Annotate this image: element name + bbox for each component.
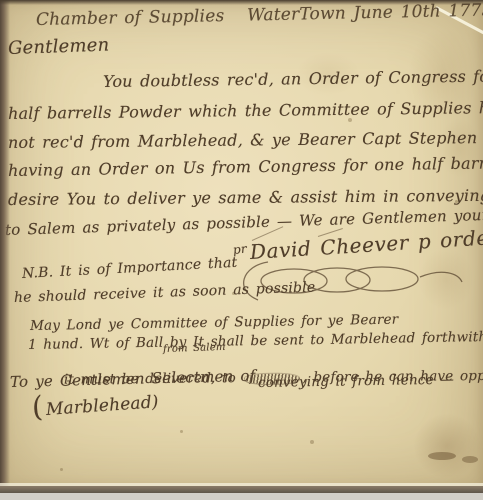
letter-page: Chamber of Supplies WaterTown June 10th …	[0, 0, 483, 490]
stain	[180, 430, 183, 433]
signature: David Cheever p order	[249, 225, 483, 264]
body-line: desire You to deliver ye same & assist h…	[8, 186, 483, 209]
stain	[428, 452, 456, 460]
body-line: half barrells Powder which the Committee…	[8, 98, 483, 123]
body-line: having an Order on Us from Congress for …	[8, 153, 483, 180]
stain	[414, 414, 480, 478]
postscript-line: conveying it from hence —	[258, 372, 454, 391]
stain	[60, 468, 63, 471]
salutation: Gentlemen	[8, 34, 110, 59]
body-line: You doubtless rec'd, an Order of Congres…	[103, 66, 483, 91]
scan-edge-left	[0, 0, 10, 490]
stain	[462, 456, 478, 463]
body-line: not rec'd from Marblehead, & ye Bearer C…	[8, 127, 483, 152]
document-scan: Chamber of Supplies WaterTown June 10th …	[0, 0, 483, 500]
insertion-above-line: from Salem	[163, 342, 226, 355]
scan-edge-bottom	[0, 486, 483, 493]
stain	[310, 440, 314, 444]
scan-edge-top	[0, 0, 483, 5]
nb-line: N.B. It is of Importance that	[22, 255, 238, 282]
scan-bottom-strip	[0, 493, 483, 500]
